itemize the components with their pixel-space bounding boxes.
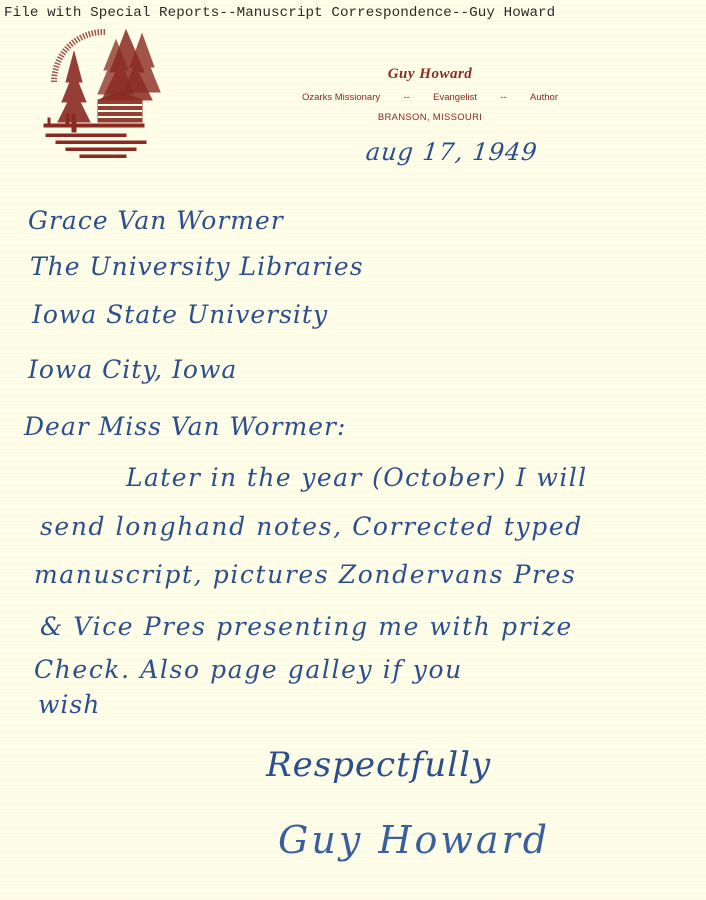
body-line: wish [38,690,100,719]
role-separator: -- [500,92,506,103]
body-line: send longhand notes, Corrected typed [40,512,583,541]
letterhead: Guy Howard Ozarks Missionary -- Evangeli… [280,66,580,123]
cabin-lake-pines-icon [36,22,164,164]
letterhead-roles: Ozarks Missionary -- Evangelist -- Autho… [280,92,580,103]
address-line: Iowa State University [32,300,328,329]
address-line: The University Libraries [30,252,364,281]
body-line: manuscript, pictures Zondervans Pres [34,560,576,589]
signature: Guy Howard [278,818,550,862]
role-author: Author [530,92,558,103]
address-line: Grace Van Wormer [28,206,284,235]
body-line: Later in the year (October) I will [126,463,588,492]
body-line: Check. Also page galley if you [34,655,463,684]
role-separator: -- [403,92,409,103]
body-line: & Vice Pres presenting me with prize [40,612,573,641]
letter-date: aug 17, 1949 [365,138,540,166]
letterhead-city: BRANSON, MISSOURI [280,112,580,123]
letterhead-name: Guy Howard [280,66,580,83]
closing: Respectfully [266,745,491,785]
file-label: File with Special Reports--Manuscript Co… [4,5,555,21]
address-line: Iowa City, Iowa [28,355,237,384]
salutation: Dear Miss Van Wormer: [24,412,346,441]
role-evangelist: Evangelist [433,92,477,103]
role-missionary: Ozarks Missionary [302,92,380,103]
